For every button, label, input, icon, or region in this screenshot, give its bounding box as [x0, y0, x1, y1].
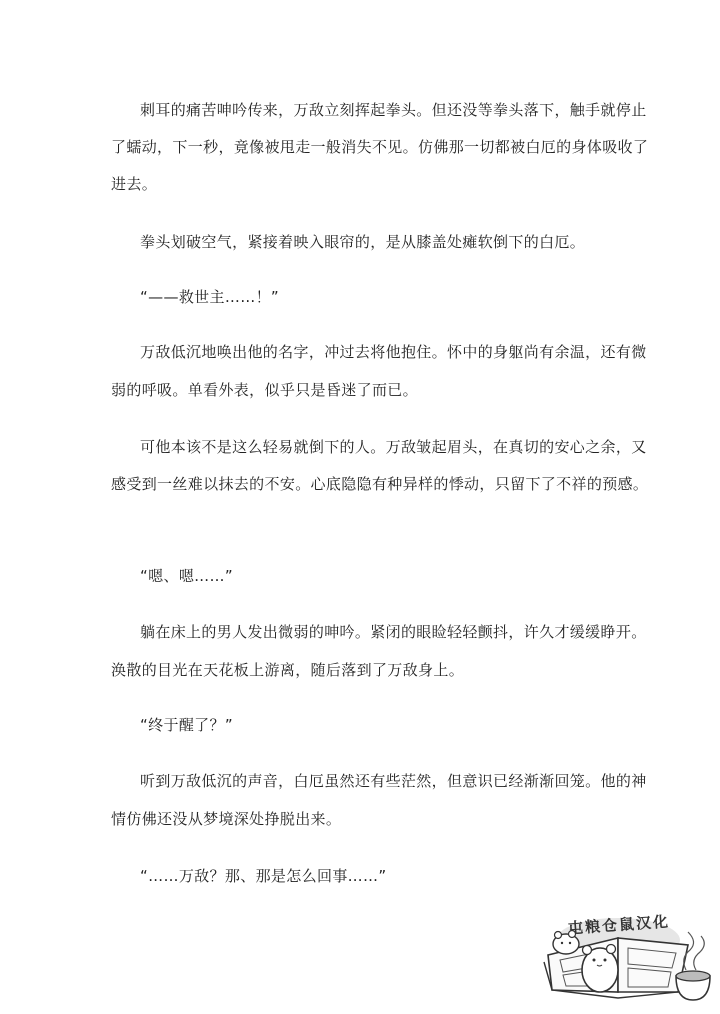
text-line: 进去。 [111, 174, 157, 194]
dialogue-line: “……万敌？那、那是怎么回事……” [140, 866, 387, 886]
text-line: 弱的呼吸。单看外表，似乎只是昏迷了而已。 [111, 380, 418, 400]
document-page: 刺耳的痛苦呻吟传来，万敌立刻挥起拳头。但还没等拳头落下，触手就停止 了蠕动，下一… [0, 0, 720, 1014]
dialogue-line: “——救世主……！” [140, 287, 279, 307]
text-line: 感受到一丝难以抹去的不安。心底隐隐有种异样的悸动，只留下了不祥的预感。 [111, 474, 648, 494]
text-line: 刺耳的痛苦呻吟传来，万敌立刻挥起拳头。但还没等拳头落下，触手就停止 [140, 100, 647, 120]
watermark-logo: 屯粮仓鼠汉化 [538, 900, 714, 1005]
text-line: 涣散的目光在天花板上游离，随后落到了万敌身上。 [111, 660, 464, 680]
text-line: 了蠕动，下一秒，竟像被甩走一般消失不见。仿佛那一切都被白厄的身体吸收了 [111, 137, 648, 157]
text-line: 躺在床上的男人发出微弱的呻吟。紧闭的眼睑轻轻颤抖，许久才缓缓睁开。 [140, 622, 647, 642]
text-line: 拳头划破空气，紧接着映入眼帘的，是从膝盖处瘫软倒下的白厄。 [140, 232, 585, 252]
dialogue-line: “终于醒了？” [140, 715, 233, 735]
text-line: 可他本该不是这么轻易就倒下的人。万敌皱起眉头，在真切的安心之余，又 [140, 437, 647, 457]
dialogue-line: “嗯、嗯……” [140, 566, 233, 586]
text-line: 听到万敌低沉的声音，白厄虽然还有些茫然，但意识已经渐渐回笼。他的神 [140, 771, 647, 791]
text-line: 万敌低沉地唤出他的名字，冲过去将他抱住。怀中的身躯尚有余温，还有微 [140, 342, 647, 362]
text-line: 情仿佛还没从梦境深处挣脱出来。 [111, 809, 341, 829]
